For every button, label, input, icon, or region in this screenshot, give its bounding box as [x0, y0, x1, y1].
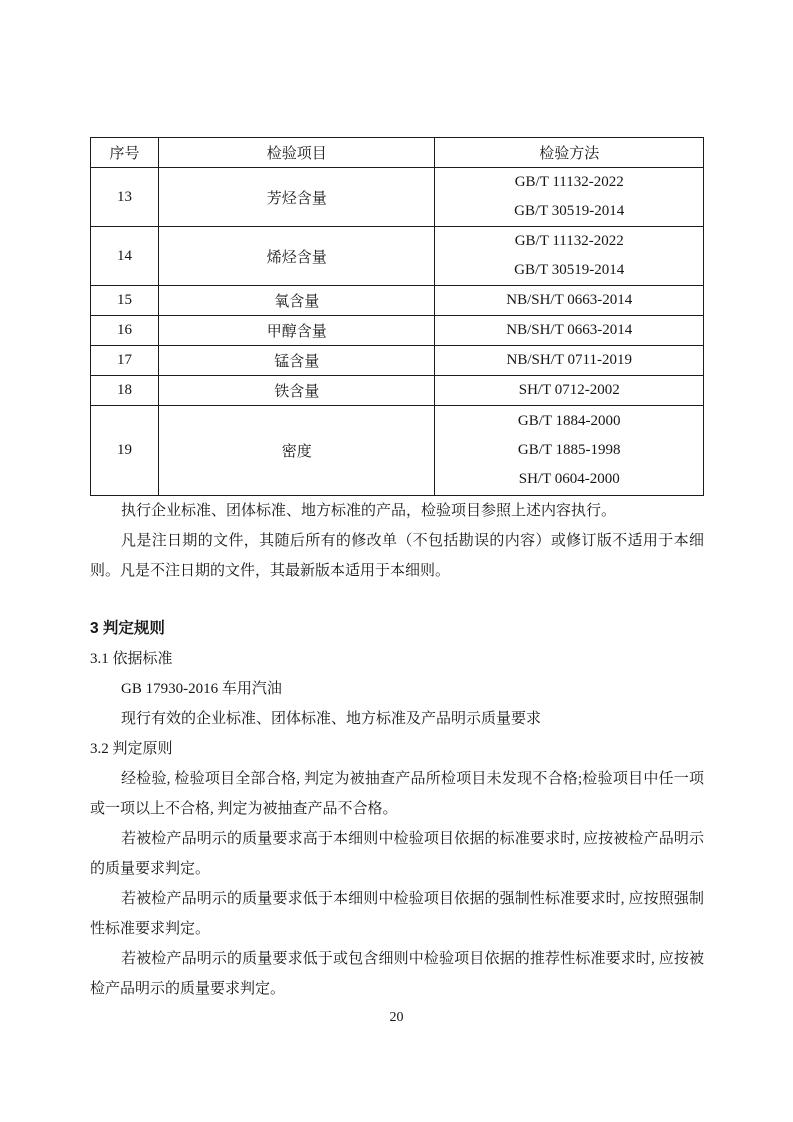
table-row: 13芳烃含量GB/T 11132-2022GB/T 30519-2014 [91, 168, 704, 227]
cell-inspection-methods: NB/SH/T 0663-2014 [435, 286, 704, 316]
method-standard: NB/SH/T 0663-2014 [435, 316, 703, 345]
cell-serial-number: 19 [91, 406, 159, 496]
cell-serial-number: 18 [91, 376, 159, 406]
method-standard: SH/T 0712-2002 [435, 376, 703, 405]
inspection-table-body: 13芳烃含量GB/T 11132-2022GB/T 30519-201414烯烃… [91, 168, 704, 496]
judgment-paragraph-1: 经检验, 检验项目全部合格, 判定为被抽查产品所检项目未发现不合格;检验项目中任… [90, 764, 704, 824]
section-3-1-heading: 3.1 依据标准 [90, 644, 704, 674]
cell-inspection-item: 甲醇含量 [159, 316, 435, 346]
header-inspection-item: 检验项目 [159, 138, 435, 168]
table-row: 16甲醇含量NB/SH/T 0663-2014 [91, 316, 704, 346]
method-standard: NB/SH/T 0711-2019 [435, 346, 703, 375]
page-number: 20 [0, 1005, 793, 1031]
cell-serial-number: 13 [91, 168, 159, 227]
cell-inspection-item: 芳烃含量 [159, 168, 435, 227]
cell-inspection-methods: SH/T 0712-2002 [435, 376, 704, 406]
cell-inspection-item: 烯烃含量 [159, 227, 435, 286]
judgment-paragraph-4: 若被检产品明示的质量要求低于或包含细则中检验项目依据的推荐性标准要求时, 应按被… [90, 944, 704, 1004]
cell-inspection-methods: GB/T 11132-2022GB/T 30519-2014 [435, 227, 704, 286]
paragraph-dated-documents-note: 凡是注日期的文件，其随后所有的修改单（不包括勘误的内容）或修订版不适用于本细则。… [90, 526, 704, 586]
method-standard: GB/T 1884-2000 [435, 407, 703, 436]
cell-inspection-item: 密度 [159, 406, 435, 496]
method-standard: NB/SH/T 0663-2014 [435, 286, 703, 315]
document-page: 序号 检验项目 检验方法 13芳烃含量GB/T 11132-2022GB/T 3… [0, 0, 793, 1122]
section-3-2-heading: 3.2 判定原则 [90, 734, 704, 764]
judgment-paragraph-3: 若被检产品明示的质量要求低于本细则中检验项目依据的强制性标准要求时, 应按照强制… [90, 884, 704, 944]
table-row: 17锰含量NB/SH/T 0711-2019 [91, 346, 704, 376]
cell-inspection-item: 氧含量 [159, 286, 435, 316]
cell-inspection-methods: NB/SH/T 0711-2019 [435, 346, 704, 376]
table-row: 18铁含量SH/T 0712-2002 [91, 376, 704, 406]
table-row: 15氧含量NB/SH/T 0663-2014 [91, 286, 704, 316]
method-standard: GB/T 30519-2014 [435, 256, 703, 285]
header-inspection-method: 检验方法 [435, 138, 704, 168]
body-text: 执行企业标准、团体标准、地方标准的产品，检验项目参照上述内容执行。 凡是注日期的… [90, 496, 704, 1004]
method-standard: GB/T 1885-1998 [435, 436, 703, 465]
cell-serial-number: 16 [91, 316, 159, 346]
method-standard: GB/T 30519-2014 [435, 197, 703, 226]
cell-inspection-methods: NB/SH/T 0663-2014 [435, 316, 704, 346]
table-header-row: 序号 检验项目 检验方法 [91, 138, 704, 168]
cell-inspection-item: 铁含量 [159, 376, 435, 406]
header-serial-number: 序号 [91, 138, 159, 168]
table-row: 19密度GB/T 1884-2000GB/T 1885-1998SH/T 060… [91, 406, 704, 496]
cell-inspection-methods: GB/T 1884-2000GB/T 1885-1998SH/T 0604-20… [435, 406, 704, 496]
method-standard: GB/T 11132-2022 [435, 227, 703, 256]
effective-standards-line: 现行有效的企业标准、团体标准、地方标准及产品明示质量要求 [90, 704, 704, 734]
page-content: 序号 检验项目 检验方法 13芳烃含量GB/T 11132-2022GB/T 3… [90, 137, 704, 1004]
table-row: 14烯烃含量GB/T 11132-2022GB/T 30519-2014 [91, 227, 704, 286]
cell-serial-number: 17 [91, 346, 159, 376]
cell-inspection-methods: GB/T 11132-2022GB/T 30519-2014 [435, 168, 704, 227]
method-standard: SH/T 0604-2000 [435, 465, 703, 494]
inspection-methods-table: 序号 检验项目 检验方法 13芳烃含量GB/T 11132-2022GB/T 3… [90, 137, 704, 496]
cell-inspection-item: 锰含量 [159, 346, 435, 376]
reference-standard-line: GB 17930-2016 车用汽油 [90, 674, 704, 704]
section-3-heading: 3 判定规则 [90, 614, 704, 644]
cell-serial-number: 15 [91, 286, 159, 316]
paragraph-execution-note: 执行企业标准、团体标准、地方标准的产品，检验项目参照上述内容执行。 [90, 496, 704, 526]
method-standard: GB/T 11132-2022 [435, 168, 703, 197]
judgment-paragraph-2: 若被检产品明示的质量要求高于本细则中检验项目依据的标准要求时, 应按被检产品明示… [90, 824, 704, 884]
cell-serial-number: 14 [91, 227, 159, 286]
